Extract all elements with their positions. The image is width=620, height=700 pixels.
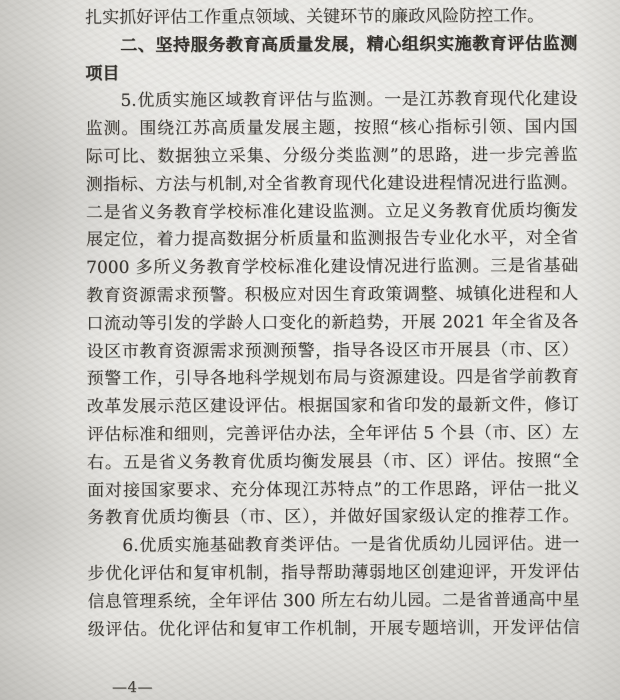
text-line: 扎实抓好评估工作重点领域、关键环节的廉政风险防控工作。 (85, 3, 577, 33)
text-line: 面对接国家要求、充分体现江苏特点”的工作思路，评估一批义 (87, 475, 579, 505)
text-line: 展定位，着力提高数据分析质量和监测报告专业化水平，对全省 (86, 225, 578, 255)
text-line: 级评估。优化评估和复审工作机制，开展专题培训，开发评估信 (88, 614, 580, 644)
text-line: 预警工作，引导各地科学规划布局与资源建设。四是省学前教育 (87, 364, 579, 394)
text-line: 教育资源需求预警。积极应对因生育政策调整、城镇化进程和人 (86, 281, 578, 311)
page-number: —4— (112, 678, 153, 696)
text-line: 评估标准和细则，完善评估办法，全年评估 5 个县（市、区）左 (87, 420, 579, 450)
text-line: 步优化评估和复审机制，指导帮助薄弱地区创建迎评，开发评估 (87, 559, 579, 589)
text-line: 改革发展示范区建设评估。根据国家和省印发的最新文件，修订 (87, 392, 579, 422)
text-line: 6.优质实施基础教育类评估。一是省优质幼儿园评估。进一 (87, 531, 579, 561)
text-line: 二、坚持服务教育高质量发展，精心组织实施教育评估监测 (85, 31, 577, 61)
text-line: 测指标、方法与机制,对全省教育现代化建设进程情况进行监测。 (86, 170, 578, 200)
text-line: 口流动等引发的学龄人口变化的新趋势，开展 2021 年全省及各 (86, 309, 578, 339)
text-line: 7000 多所义务教育学校标准化建设情况进行监测。三是省基础 (86, 253, 578, 283)
document-body: 扎实抓好评估工作重点领域、关键环节的廉政风险防控工作。二、坚持服务教育高质量发展… (85, 3, 580, 644)
text-line: 二是省义务教育学校标准化建设监测。立足义务教育优质均衡发 (86, 197, 578, 227)
text-line: 右。五是省义务教育优质均衡发展县（市、区）评估。按照“全 (87, 448, 579, 478)
text-line: 监测。围绕江苏高质量发展主题，按照“核心指标引领、国内国 (85, 114, 577, 144)
text-line: 际可比、数据独立采集、分级分类监测”的思路，进一步完善监 (86, 142, 578, 172)
text-line: 5.优质实施区域教育评估与监测。一是江苏教育现代化建设 (85, 86, 577, 116)
text-line: 项目 (85, 58, 577, 88)
text-line: 信息管理系统，全年评估 300 所左右幼儿园。二是省普通高中星 (88, 587, 580, 617)
text-line: 设区市教育资源需求预测预警，指导各设区市开展县（市、区） (86, 336, 578, 366)
text-line: 务教育优质均衡县（市、区），并做好国家级认定的推荐工作。 (87, 503, 579, 533)
